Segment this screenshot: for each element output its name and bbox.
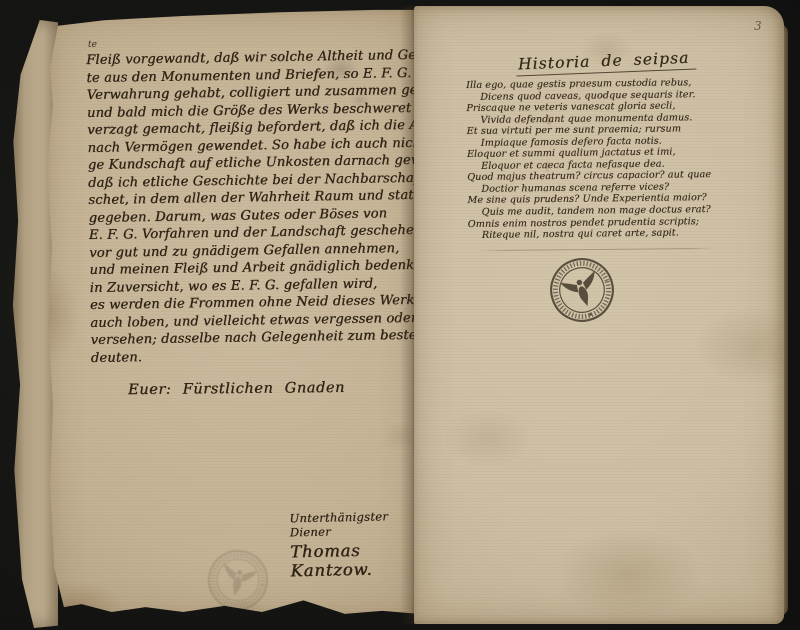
marginal-note: te bbox=[88, 40, 97, 50]
signature-name: Thomas Kantzow. bbox=[290, 540, 421, 581]
manuscript-right-page: 3 Historia de seipsa Illa ego, quae gest… bbox=[414, 6, 784, 624]
page-number: 3 bbox=[754, 19, 762, 33]
faint-stamp-icon bbox=[200, 542, 276, 618]
library-stamp-icon bbox=[539, 247, 625, 333]
letter-text-block: Fleiß vorgewandt, daß wir solche Altheit… bbox=[86, 47, 423, 367]
manuscript-scan: te Fleiß vorgewandt, daß wir solche Alth… bbox=[0, 0, 800, 630]
latin-title: Historia de seipsa bbox=[516, 49, 696, 77]
verse-line: Riteque nil, nostra qui caret arte, sapi… bbox=[482, 227, 712, 241]
signature-block: Unterthänigster Diener Thomas Kantzow. bbox=[289, 509, 420, 581]
signature-role: Unterthänigster Diener bbox=[289, 509, 420, 540]
manuscript-left-page: te Fleiß vorgewandt, daß wir solche Alth… bbox=[44, 8, 420, 620]
closing-salutation: Euer: Fürstlichen Gnaden bbox=[128, 380, 345, 398]
verse-text-block: Illa ego, quae gestis praesum custodia r… bbox=[466, 77, 712, 242]
